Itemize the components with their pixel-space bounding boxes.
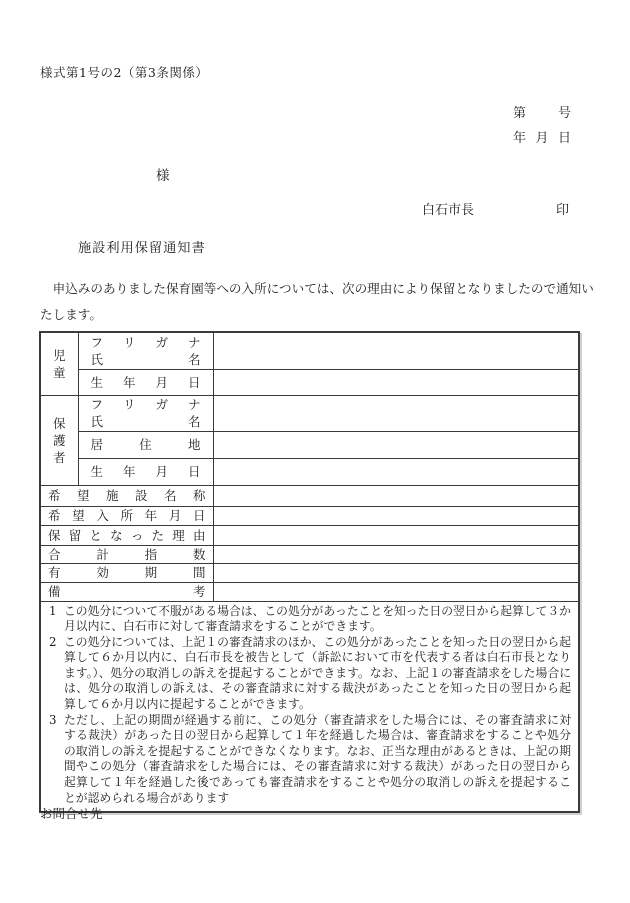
table-row: 保護者 フ リ ガ ナ 氏 名 bbox=[40, 395, 579, 431]
application-table: 児童 フ リ ガ ナ 氏 名 生 年 月 日 保護者 フ リ bbox=[39, 331, 580, 813]
document-page: 様式第1号の2（第3条関係） 第 号 年 月 日 様 白石市長 印 施設利用保留… bbox=[0, 0, 630, 903]
table-row: 保 留 と な っ た 理 由 bbox=[40, 525, 579, 545]
guardian-name-label-cell: フ リ ガ ナ 氏 名 bbox=[78, 395, 213, 431]
child-birthdate-label: 生 年 月 日 bbox=[91, 374, 201, 391]
addressee-honorific: 様 bbox=[156, 164, 170, 184]
hold-reason-label: 保 留 と な っ た 理 由 bbox=[48, 527, 206, 544]
guardian-residence-label: 居 住 地 bbox=[91, 436, 201, 453]
table-row: 希 望 施 設 名 称 bbox=[40, 485, 579, 506]
facility-name-value-cell bbox=[213, 485, 579, 506]
form-number: 様式第1号の2（第3条関係） bbox=[40, 63, 208, 81]
remarks-label: 備 考 bbox=[48, 583, 206, 600]
table-row: 希 望 入 所 年 月 日 bbox=[40, 506, 579, 525]
date-year-label: 年 bbox=[513, 127, 526, 146]
document-title: 施設利用保留通知書 bbox=[78, 237, 206, 256]
total-index-label: 合 計 指 数 bbox=[48, 546, 206, 563]
child-furigana-label: フ リ ガ ナ bbox=[91, 334, 201, 351]
guardian-birthdate-value-cell bbox=[213, 458, 579, 485]
guardian-name-label: 氏 名 bbox=[91, 413, 201, 430]
guardian-residence-value-cell bbox=[213, 431, 579, 458]
note-item-1: 1 この処分について不服がある場合は、この処分があったことを知った日の翌日から起… bbox=[47, 604, 571, 635]
issuer-name: 白石市長 bbox=[422, 199, 474, 218]
legal-notes-cell: 1 この処分について不服がある場合は、この処分があったことを知った日の翌日から起… bbox=[40, 601, 579, 812]
guardian-name-value-cell bbox=[213, 395, 579, 431]
total-index-value-cell bbox=[213, 545, 579, 563]
table-row: 児童 フ リ ガ ナ 氏 名 bbox=[40, 332, 579, 369]
contact-label: お問合せ先 bbox=[40, 804, 103, 822]
note-text-1: この処分について不服がある場合は、この処分があったことを知った日の翌日から起算し… bbox=[64, 604, 571, 634]
hold-reason-value-cell bbox=[213, 525, 579, 545]
facility-name-label-cell: 希 望 施 設 名 称 bbox=[40, 485, 213, 506]
note-text-2: この処分については、上記１の審査請求のほか、この処分があったことを知った日の翌日… bbox=[64, 635, 571, 711]
hold-reason-label-cell: 保 留 と な っ た 理 由 bbox=[40, 525, 213, 545]
admission-date-label-cell: 希 望 入 所 年 月 日 bbox=[40, 506, 213, 525]
doc-number-line: 第 号 bbox=[513, 102, 571, 121]
child-birthdate-label-cell: 生 年 月 日 bbox=[78, 369, 213, 395]
child-group-cell: 児童 bbox=[40, 332, 78, 395]
valid-period-label-cell: 有 効 期 間 bbox=[40, 563, 213, 582]
admission-date-value-cell bbox=[213, 506, 579, 525]
note-number-3: 3 bbox=[49, 713, 57, 729]
date-day-label: 日 bbox=[558, 127, 571, 146]
guardian-birthdate-label: 生 年 月 日 bbox=[91, 463, 201, 480]
remarks-value-cell bbox=[213, 582, 579, 601]
doc-number-prefix: 第 bbox=[513, 102, 526, 121]
body-paragraph: 申込みのありました保育園等への入所については、次の理由により保留となりましたので… bbox=[40, 276, 595, 327]
valid-period-value-cell bbox=[213, 563, 579, 582]
table-row: 居 住 地 bbox=[40, 431, 579, 458]
table-row: 合 計 指 数 bbox=[40, 545, 579, 563]
child-name-label: 氏 名 bbox=[91, 351, 201, 368]
facility-name-label: 希 望 施 設 名 称 bbox=[48, 487, 206, 504]
guardian-group-cell: 保護者 bbox=[40, 395, 78, 485]
child-name-label-cell: フ リ ガ ナ 氏 名 bbox=[78, 332, 213, 369]
child-group-label: 児童 bbox=[52, 347, 66, 381]
total-index-label-cell: 合 計 指 数 bbox=[40, 545, 213, 563]
date-month-label: 月 bbox=[535, 127, 548, 146]
table-row: 有 効 期 間 bbox=[40, 563, 579, 582]
seal-mark: 印 bbox=[556, 199, 569, 218]
doc-number-suffix: 号 bbox=[558, 102, 571, 121]
child-birthdate-value-cell bbox=[213, 369, 579, 395]
date-line: 年 月 日 bbox=[513, 127, 571, 146]
table-row: 1 この処分について不服がある場合は、この処分があったことを知った日の翌日から起… bbox=[40, 601, 579, 812]
valid-period-label: 有 効 期 間 bbox=[48, 564, 206, 581]
note-text-3: ただし、上記の期間が経過する前に、この処分（審査請求をした場合には、その審査請求… bbox=[64, 713, 571, 805]
guardian-residence-label-cell: 居 住 地 bbox=[78, 431, 213, 458]
table-row: 生 年 月 日 bbox=[40, 369, 579, 395]
guardian-furigana-label: フ リ ガ ナ bbox=[91, 396, 201, 413]
child-name-value-cell bbox=[213, 332, 579, 369]
issuer-line: 白石市長 印 bbox=[422, 199, 569, 218]
table-row: 生 年 月 日 bbox=[40, 458, 579, 485]
admission-date-label: 希 望 入 所 年 月 日 bbox=[48, 507, 206, 524]
table-row: 備 考 bbox=[40, 582, 579, 601]
note-number-1: 1 bbox=[49, 604, 57, 620]
remarks-label-cell: 備 考 bbox=[40, 582, 213, 601]
guardian-birthdate-label-cell: 生 年 月 日 bbox=[78, 458, 213, 485]
note-number-2: 2 bbox=[49, 635, 57, 651]
note-item-2: 2 この処分については、上記１の審査請求のほか、この処分があったことを知った日の… bbox=[47, 635, 571, 713]
note-item-3: 3 ただし、上記の期間が経過する前に、この処分（審査請求をした場合には、その審査… bbox=[47, 713, 571, 807]
guardian-group-label: 保護者 bbox=[52, 415, 66, 466]
